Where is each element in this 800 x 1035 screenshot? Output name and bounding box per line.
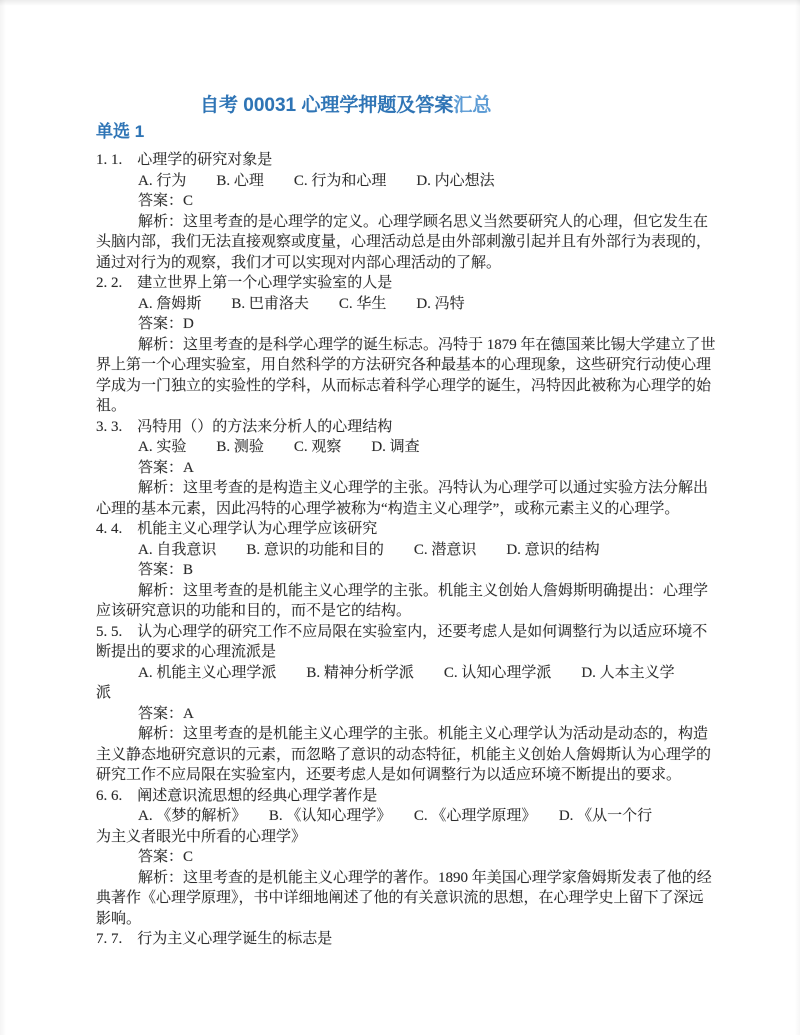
analysis-cont-line: 研究工作不应局限在实验室内，还要考虑人是如何调整行为以适应环境不断提出的要求。 (96, 765, 714, 786)
analysis-cont-line: 祖。 (96, 396, 714, 417)
analysis-line: 解析：这里考查的是科学心理学的诞生标志。冯特于 1879 年在德国莱比锡大学建立… (96, 335, 714, 356)
answer-line: 答案：A (96, 704, 714, 725)
answer-line: 答案：C (96, 191, 714, 212)
question-line: 7. 7. 行为主义心理学诞生的标志是 (96, 929, 714, 950)
options-line: A. 机能主义心理学派 B. 精神分析学派 C. 认知心理学派 D. 人本主义学 (96, 663, 714, 684)
answer-line: 答案：D (96, 314, 714, 335)
analysis-line: 解析：这里考查的是机能主义心理学的主张。机能主义创始人詹姆斯明确提出：心理学 (96, 581, 714, 602)
options-line: A. 詹姆斯 B. 巴甫洛夫 C. 华生 D. 冯特 (96, 294, 714, 315)
analysis-cont-line: 头脑内部，我们无法直接观察或度量，心理活动总是由外部刺激引起并且有外部行为表现的… (96, 232, 714, 253)
options-line: A. 行为 B. 心理 C. 行为和心理 D. 内心想法 (96, 171, 714, 192)
options-cont-line: 为主义者眼光中所看的心理学》 (96, 827, 714, 848)
analysis-cont-line: 通过对行为的观察，我们才可以实现对内部心理活动的了解。 (96, 253, 714, 274)
answer-line: 答案：A (96, 458, 714, 479)
question-line: 4. 4. 机能主义心理学认为心理学应该研究 (96, 519, 714, 540)
analysis-line: 解析：这里考查的是机能主义心理学的著作。1890 年美国心理学家詹姆斯发表了他的… (96, 868, 714, 889)
analysis-cont-line: 心理的基本元素，因此冯特的心理学被称为“构造主义心理学”，或称元素主义的心理学。 (96, 499, 714, 520)
question-line: 5. 5. 认为心理学的研究工作不应局限在实验室内，还要考虑人是如何调整行为以适… (96, 622, 714, 643)
question-line: 1. 1. 心理学的研究对象是 (96, 150, 714, 171)
section-heading: 单选 1 (96, 120, 714, 144)
question-line: 3. 3. 冯特用（）的方法来分析人的心理结构 (96, 417, 714, 438)
analysis-line: 解析：这里考查的是构造主义心理学的主张。冯特认为心理学可以通过实验方法分解出 (96, 478, 714, 499)
question-cont-line: 断提出的要求的心理流派是 (96, 642, 714, 663)
analysis-line: 解析：这里考查的是机能主义心理学的主张。机能主义心理学认为活动是动态的，构造 (96, 724, 714, 745)
options-cont-line: 派 (96, 683, 714, 704)
options-line: A. 实验 B. 测验 C. 观察 D. 调查 (96, 437, 714, 458)
question-line: 6. 6. 阐述意识流思想的经典心理学著作是 (96, 786, 714, 807)
document-content: 自考 00031 心理学押题及答案汇总 单选 1 1. 1. 心理学的研究对象是… (0, 0, 800, 950)
options-line: A. 《梦的解析》 B. 《认知心理学》 C. 《心理学原理》 D. 《从一个行 (96, 806, 714, 827)
analysis-cont-line: 应该研究意识的功能和目的，而不是它的结构。 (96, 601, 714, 622)
analysis-cont-line: 影响。 (96, 909, 714, 930)
document-page: 自考 00031 心理学押题及答案汇总 单选 1 1. 1. 心理学的研究对象是… (0, 0, 800, 1035)
doc-title-tail: 汇总 (453, 95, 491, 116)
analysis-cont-line: 界上第一个心理实验室，用自然科学的方法研究各种最基本的心理现象，这些研究行动使心… (96, 355, 714, 376)
doc-title: 自考 00031 心理学押题及答案汇总 (200, 94, 714, 118)
answer-line: 答案：C (96, 847, 714, 868)
question-line: 2. 2. 建立世界上第一个心理学实验室的人是 (96, 273, 714, 294)
analysis-cont-line: 主义静态地研究意识的元素，而忽略了意识的动态特征，机能主义创始人詹姆斯认为心理学… (96, 745, 714, 766)
answer-line: 答案：B (96, 560, 714, 581)
options-line: A. 自我意识 B. 意识的功能和目的 C. 潜意识 D. 意识的结构 (96, 540, 714, 561)
analysis-cont-line: 典著作《心理学原理》，书中详细地阐述了他的有关意识流的思想，在心理学史上留下了深… (96, 888, 714, 909)
document-body: 1. 1. 心理学的研究对象是A. 行为 B. 心理 C. 行为和心理 D. 内… (96, 150, 714, 950)
analysis-line: 解析：这里考查的是心理学的定义。心理学顾名思义当然要研究人的心理，但它发生在 (96, 212, 714, 233)
doc-title-main: 自考 00031 心理学押题及答案 (200, 95, 453, 116)
analysis-cont-line: 学成为一门独立的实验性的学科，从而标志着科学心理学的诞生，冯特因此被称为心理学的… (96, 376, 714, 397)
